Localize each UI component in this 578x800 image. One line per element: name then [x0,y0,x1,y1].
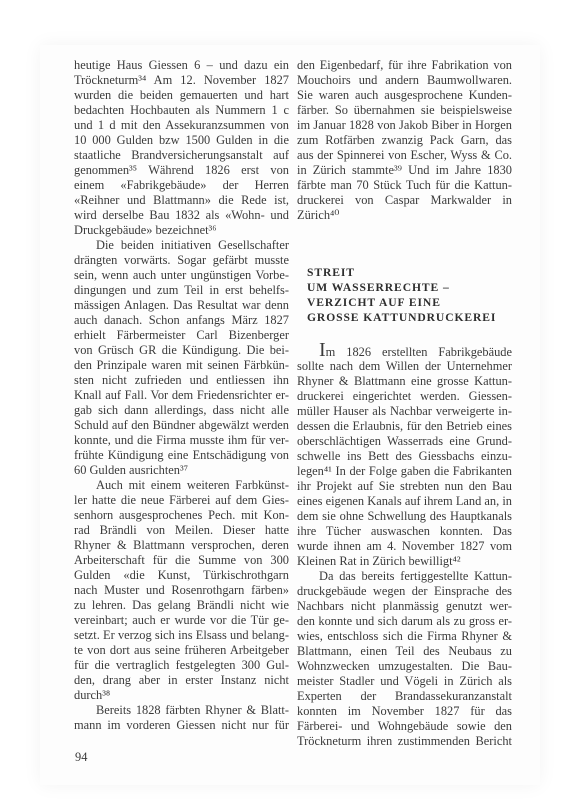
text-line: Färberei- und Wohngebäude sowie den [297,719,512,734]
text-line: einem «Fabrikgebäude» der Herren [74,178,289,193]
paragraph-start: Da das bereits fertiggestellte Kattun- [297,569,512,584]
text-line: Schuld auf den Bündner abgewälzt werden [74,418,289,433]
text-line: vereinbart; auch er wurde vor die Tür ge… [74,613,289,628]
text-line: Blattmann, einen Teil des Neubaus zu [297,644,512,659]
text-line: ihre Tücher auswaschen konnten. Das [297,524,512,539]
text-line: druckgebäude wegen der Einsprache des [297,584,512,599]
text-line: auch danach. Schon anfangs März 1827 [74,313,289,328]
text-line: wurden die beiden gemauerten und hart [74,88,289,103]
text-line: den Prinzipale waren mit seinen Färbkün- [74,358,289,373]
text-line: gab sich dann allerdings, dass nicht all… [74,403,289,418]
section-heading: STREIT UM WASSERRECHTE – VERZICHT AUF EI… [297,265,512,325]
paragraph-start: Auch mit einem weiteren Farbkünst- [74,478,289,493]
text-line: dessen die Erlaubnis, für den Betrieb ei… [297,419,512,434]
text-line: im Januar 1828 von Jakob Biber in Horgen [297,118,512,133]
text-line: sten nicht zufrieden und entliessen ihn [74,373,289,388]
text-line: 60 Gulden ausrichten³⁷ [74,463,289,478]
text-line: schwelle ins Bett des Giessbachs einzu- [297,449,512,464]
text-line: aus der Spinnerei von Escher, Wyss & Co. [297,148,512,163]
first-line-text: m 1826 erstellten Fabrikgebäude [326,345,512,359]
text-line: zu lehren. Das gelang Brändli nicht wie [74,598,289,613]
text-line: wurde ihnen am 4. November 1827 vom [297,539,512,554]
text-line: eines eigenen Kanals auf ihrem Land an, … [297,494,512,509]
text-line: wies, entschloss sich die Firma Rhyner & [297,629,512,644]
text-line: Tröckneturm³⁴ Am 12. November 1827 [74,73,289,88]
text-line: dingungen und zum Teil in erst behelfs- [74,283,289,298]
text-line: den, drang aber in erster Instanz nicht [74,673,289,688]
text-line: und 1 d mit den Assekuranzsummen von [74,118,289,133]
left-column: heutige Haus Giessen 6 – und dazu ein Tr… [74,58,289,733]
text-line: Kleinen Rat in Zürich bewilligt⁴² [297,554,512,569]
text-line: durch³⁸ [74,688,289,703]
text-line: zum Rotfärben zwanzig Pack Garn, das [297,133,512,148]
text-line: senhorn ausgesprochenes Pech. mit Kon- [74,508,289,523]
right-column: den Eigenbedarf, für ihre Fabrikation vo… [297,58,512,749]
paragraph-start: Die beiden initiativen Gesellschafter [74,238,289,253]
text-line: oberschlächtigen Wasserrads eine Grund- [297,434,512,449]
text-line: sollte nach dem Willen der Unternehmer [297,359,512,374]
text-line: mann im vorderen Giessen nicht nur für [74,718,289,733]
text-line: Zürich⁴⁰ [297,208,512,223]
text-line: Druckgebäude» bezeichnet³⁶ [74,223,289,238]
text-line: frühte Kündigung eine Entschädigung von [74,448,289,463]
text-line: Arbeiterschaft für die Summe von 300 [74,553,289,568]
heading-line: GROSSE KATTUNDRUCKEREI [307,310,512,325]
text-line: in Zürich stammte³⁹ Und im Jahre 1830 [297,163,512,178]
text-line: meister Stadler und Vögeli in Zürich als [297,674,512,689]
text-line: Sie waren auch ausgesprochene Kunden- [297,88,512,103]
text-line: heutige Haus Giessen 6 – und dazu ein [74,58,289,73]
text-line: für die vertraglich festgelegten 300 Gul… [74,658,289,673]
text-line: «Reihner und Blattmann» die Rede ist, [74,193,289,208]
text-line: konnte, und die Firma musste ihm für ver… [74,433,289,448]
text-line: Tröckneturm ihren zustimmenden Bericht [297,734,512,749]
text-line: mässigen Anlagen. Das Resultat war denn [74,298,289,313]
text-line: ihr Projekt auf Sie strebten nun den Bau [297,479,512,494]
text-line: Rhyner & Blattmann eine grosse Kattun- [297,374,512,389]
heading-line: UM WASSERRECHTE – [307,280,512,295]
text-line: wird derselbe Bau 1832 als «Wohn- und [74,208,289,223]
text-line: Mouchoirs und andern Baumwollwaren. [297,73,512,88]
heading-line: STREIT [307,265,512,280]
text-line: Wohnzwecken umzugestalten. Die Bau- [297,659,512,674]
text-line: rad Brändli von Meilen. Dieser hatte [74,523,289,538]
text-line: druckerei eingerichtet werden. Giessen- [297,389,512,404]
text-line: dem sie ohne Schwellung des Hauptkanals [297,509,512,524]
paragraph-start: Bereits 1828 färbten Rhyner & Blatt- [74,703,289,718]
text-line: Rhyner & Blattmann versprochen, deren [74,538,289,553]
text-line: drängten vorwärts. Sogar gefärbt musste [74,253,289,268]
text-line: färbte man 70 Stück Tuch für die Kattun- [297,178,512,193]
heading-line: VERZICHT AUF EINE [307,295,512,310]
drop-cap: I [319,339,326,361]
text-line: bedachten Hochbauten als Nummern 1 c [74,103,289,118]
text-line: den Eigenbedarf, für ihre Fabrikation vo… [297,58,512,73]
text-line: Nachbars nicht planmässig genutzt wer- [297,599,512,614]
text-line: 10 000 Gulden bzw 1500 Gulden in die [74,133,289,148]
text-line: genommen³⁵ Während 1826 erst von [74,163,289,178]
page-number: 94 [75,750,87,765]
text-line: staatliche Brandversicherungsanstalt auf [74,148,289,163]
text-line: legen⁴¹ In der Folge gaben die Fabrikant… [297,464,512,479]
text-line: te von dort aus seine früheren Arbeitgeb… [74,643,289,658]
text-line: erhielt Färbermeister Carl Bizenberger [74,328,289,343]
text-line: den konnte und sich darum als zu gross e… [297,614,512,629]
text-line: ler hatte die neue Färberei auf dem Gies… [74,493,289,508]
text-line: druckerei von Caspar Markwalder in [297,193,512,208]
text-line: sein, wenn auch unter ungünstigen Vorbe- [74,268,289,283]
text-line: müller Hauser als Nachbar verweigerte in… [297,404,512,419]
text-line: Gulden «die Kunst, Türkischrothgarn [74,568,289,583]
text-line: konnten im November 1827 für das [297,704,512,719]
text-line: setzt. Er verzog sich ins Elsass und bel… [74,628,289,643]
text-line: von Grüsch GR die Kündigung. Die bei- [74,343,289,358]
text-line: Knall auf Fall. Vor dem Friedensrichter … [74,388,289,403]
text-line: Experten der Brandassekuranzanstalt [297,689,512,704]
text-line: färber. So übernahmen sie beispielsweise [297,103,512,118]
section-first-line: Im 1826 erstellten Fabrikgebäude [297,341,512,359]
text-line: nach Muster und Rosenrothgarn färben» [74,583,289,598]
